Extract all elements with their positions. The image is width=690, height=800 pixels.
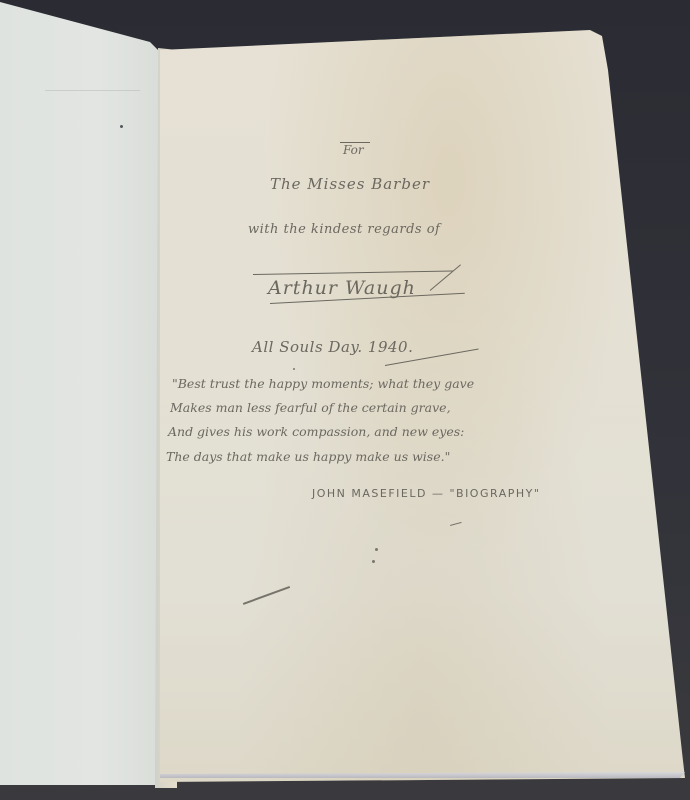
quote-line-4: The days that make us happy make us wise…: [166, 449, 450, 464]
inscription-date: All Souls Day. 1940.: [252, 338, 413, 356]
left-endpaper: [0, 0, 165, 785]
quote-line-2: Makes man less fearful of the certain gr…: [170, 400, 451, 415]
inscription-for: For: [343, 143, 364, 157]
inscription-regards: with the kindest regards of: [248, 222, 440, 237]
foxing-spot: [293, 368, 295, 370]
quote-attribution: JOHN MASEFIELD — "BIOGRAPHY": [312, 487, 540, 500]
foxing-spot: [120, 125, 123, 128]
for-underline: [340, 142, 370, 143]
quote-line-1: "Best trust the happy moments; what they…: [172, 376, 474, 391]
book-photo: For The Misses Barber with the kindest r…: [0, 0, 690, 800]
foxing-spot: [372, 560, 375, 563]
page-crease: [45, 90, 140, 91]
quote-line-3: And gives his work compassion, and new e…: [168, 424, 464, 439]
foxing-spot: [375, 548, 378, 551]
inscription-recipient: The Misses Barber: [270, 175, 430, 193]
